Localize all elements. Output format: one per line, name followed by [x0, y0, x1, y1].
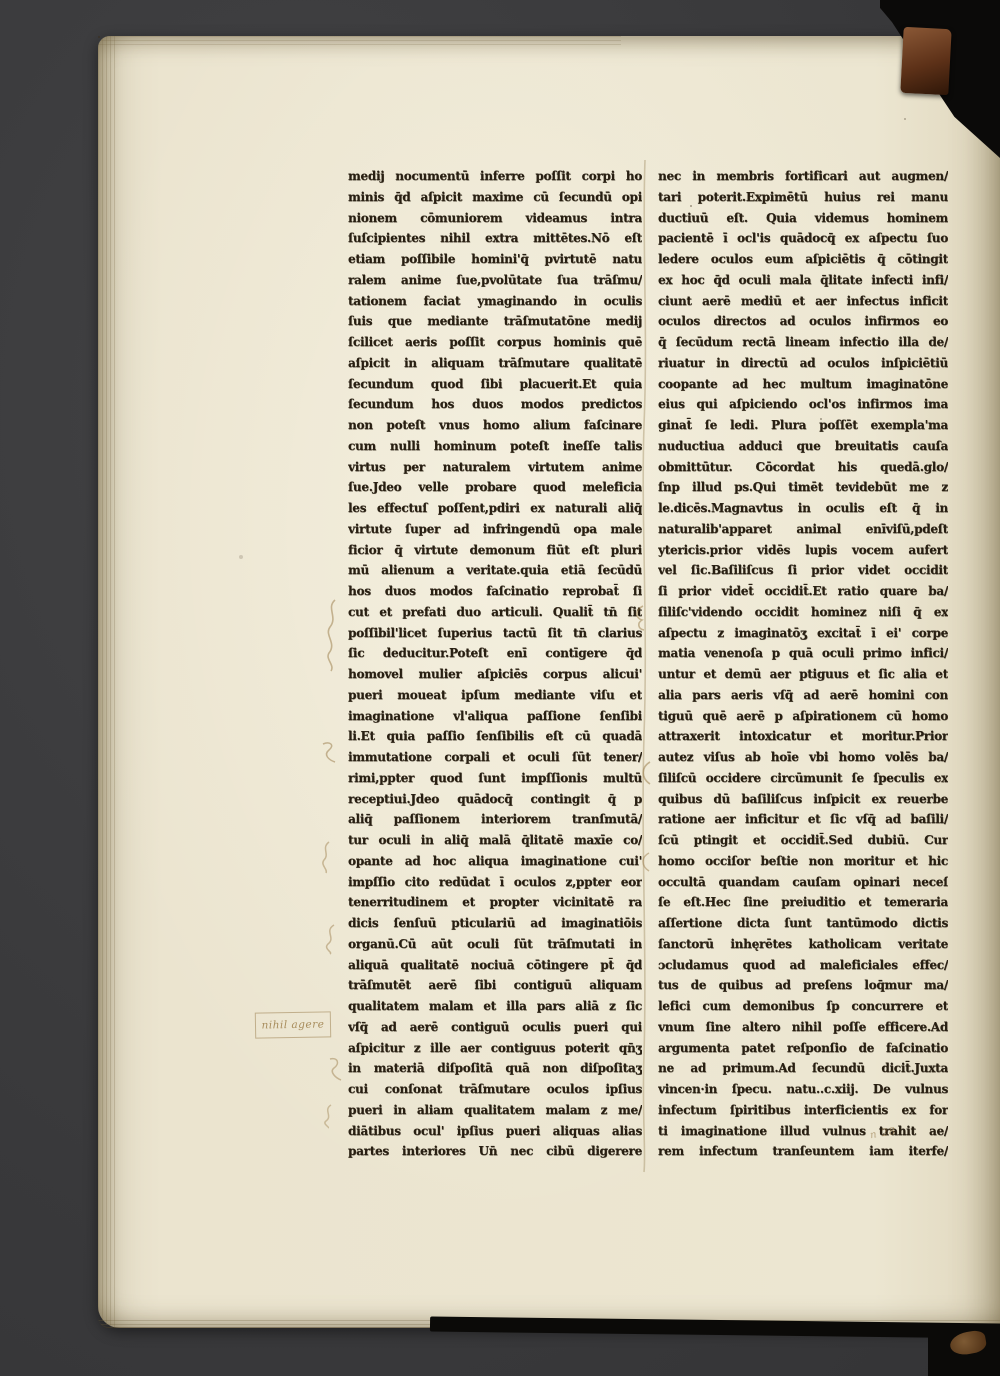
text-line: attraxerit intoxicatur et moritur.Prior: [658, 726, 948, 747]
text-line: untur et demū aer ptiguus et ſic alia et: [658, 664, 948, 685]
text-line: coopante ad hec multum imaginatōne: [658, 374, 948, 395]
text-line: ſuſcipientes nihil extra mittētes.Nō eſt: [348, 228, 642, 249]
text-line: minis q̄d aſpicit maxime cū ſecundū opi: [348, 187, 642, 208]
text-line: li.Et quia paſſio ſenſibilis eſt cū quad…: [348, 726, 642, 747]
margin-squiggle: [322, 598, 342, 672]
text-line: ne ad primum.Ad ſecundū dicit̄.Juxta: [658, 1058, 948, 1079]
text-line: rem infectum tranſeuntem iam iterfe/: [658, 1141, 948, 1162]
text-line: matia venenoſa p quā oculi primo infici/: [658, 643, 948, 664]
text-line: occultā quandam cauſam opinari neceſ: [658, 872, 948, 893]
text-line: quibus dū baſiliſcus inſpicit ex reuerbe: [658, 789, 948, 810]
text-line: nec in membris fortificari aut augmen/: [658, 166, 948, 187]
text-column-right: nec in membris fortificari aut augmen/ta…: [658, 166, 948, 1162]
scan-viewport: { "page": { "columns": { "left": { "line…: [0, 0, 1000, 1376]
text-line: immutatione corpali et oculi ſūt tener/: [348, 747, 642, 768]
text-line: partes interiores Un̄ nec cibū digerere: [348, 1141, 642, 1162]
margin-squiggle: [319, 923, 341, 955]
text-line: ficior q̄ virtute demonum fiūt eſt pluri: [348, 540, 642, 561]
text-line: ſiliſc'videndo occidit hominez niſi q̄ e…: [658, 602, 948, 623]
margin-squiggle: [318, 840, 334, 874]
text-line: ductiuū eſt. Quia videmus hominem: [658, 208, 948, 229]
margin-squiggle: [326, 1056, 344, 1082]
text-line: pueri moueat ipſum mediante viſu et: [348, 685, 642, 706]
text-line: ginat̄ ſe ledi. Plura poſſēt exempla'ma: [658, 415, 948, 436]
text-line: ſecundum quod ſibi placuerit.Et quia: [348, 374, 642, 395]
text-line: ſanctorū inhęrētes katholicam veritate: [658, 934, 948, 955]
page-edge-stack-left: [98, 36, 118, 1328]
text-line: aliq̄ paſſionem interiorem tranſmutā/: [348, 809, 642, 830]
text-line: tiguū quē aerē p aſpirationem cū homo: [658, 706, 948, 727]
text-line: obmittūtur. Cōcordat his quedā.glo/: [658, 457, 948, 478]
text-line: ſcū ptingit et occidit̄.Sed dubiū. Cur: [658, 830, 948, 851]
text-line: tationem faciat ymaginando in oculis: [348, 291, 642, 312]
text-line: cum nulli hominum poteſt ineſſe talis: [348, 436, 642, 457]
text-line: q̄ ſecūdum rectā lineam infectio illa de…: [658, 332, 948, 353]
text-line: pueri in aliam qualitatem malam z me/: [348, 1100, 642, 1121]
text-line: vnum ſine altero nihil poſſe efficere.Ad: [658, 1017, 948, 1038]
margin-squiggle: [320, 740, 338, 766]
text-line: virtus per naturalem virtutem anime: [348, 457, 642, 478]
text-line: ſcilicet aeris poſſit corpus hominis quē: [348, 332, 642, 353]
text-line: cut et prefati duo articuli. Qualit̄ tn̄…: [348, 602, 642, 623]
text-line: non poteſt vnus homo alium faſcinare: [348, 415, 642, 436]
text-line: ralem anime ſue,pvolūtate ſua trāſmu/: [348, 270, 642, 291]
text-line: ex hoc q̄d oculi mala q̄litate infecti i…: [658, 270, 948, 291]
margin-squiggle: [319, 1103, 337, 1129]
text-line: pacientē ī ocl'is quādocq̄ ex aſpectu ſu…: [658, 228, 948, 249]
gutter-mark: [638, 851, 652, 873]
text-line: riuatur in directū ad oculos inſpiciētiū: [658, 353, 948, 374]
text-line: vel ſic.Baſiliſcus ſi prior videt occidi…: [658, 560, 948, 581]
text-line: ſe eſt.Hec ſine preiuditio et temeraria: [658, 892, 948, 913]
text-line: aſpicitur z ille aer contiguus poterit q…: [348, 1038, 642, 1059]
text-line: ciunt aerē mediū et aer infectus inficit: [658, 291, 948, 312]
text-line: ſecundum hos duos modos predictos: [348, 394, 642, 415]
text-line: vincen·in ſpecu. natu..c.xiij. De vulnus: [658, 1079, 948, 1100]
text-line: dicis ſenſuū pticulariū ad imaginatiōis: [348, 913, 642, 934]
text-line: trāſmutēt aerē ſibi contiguū aliquam: [348, 975, 642, 996]
text-line: poſſibil'licet ſuperius tactū ſit tn̄ cl…: [348, 623, 642, 644]
text-line: organū.Cū aūt oculi ſūt trāſmutati in: [348, 934, 642, 955]
book-page: medij nocumentū inferre poſſit corpi hom…: [98, 36, 1000, 1328]
text-line: etiam poſſibile homini'q̄ pvirtutē natu: [348, 249, 642, 270]
text-line: ytericis.prior vidēs lupis vocem aufert: [658, 540, 948, 561]
text-line: tari poterit.Expimētū huius rei manu: [658, 187, 948, 208]
text-line: les effectuſ poſſent,pdiri ex naturali a…: [348, 498, 642, 519]
text-line: tenerritudinem et propter vicinitatē ra: [348, 892, 642, 913]
text-line: rimi,ppter quod ſunt impſſionis multū: [348, 768, 642, 789]
text-line: opante ad hoc aliqua imaginatione cui': [348, 851, 642, 872]
text-line: aliquā qualitatē nociuā cōtingere pt̄ q̄…: [348, 955, 642, 976]
text-line: oculos directos ad oculos infirmos eo: [658, 311, 948, 332]
text-line: le.dicēs.Magnavtus in oculis eſt q̄ in: [658, 498, 948, 519]
text-line: ſue.Jdeo velle probare quod meleficia: [348, 477, 642, 498]
text-line: ſi prior videt̄ occidit̄.Et ratio quare …: [658, 581, 948, 602]
text-line: naturalib'apparet animal enīviſū,pdeſt: [658, 519, 948, 540]
text-line: ſuis que mediante trāſmutatōne medij: [348, 311, 642, 332]
text-line: in materiā diſpoſitā quā non diſpoſitaʒ: [348, 1058, 642, 1079]
text-line: nuductiua adduci que breuitatis cauſa: [658, 436, 948, 457]
text-column-left: medij nocumentū inferre poſſit corpi hom…: [348, 166, 642, 1162]
text-line: ledere oculos eum aſpiciētis q̄ cōtingit: [658, 249, 948, 270]
text-line: hos duos modos faſcinatio reprobat̄ ſi: [348, 581, 642, 602]
text-line: aſſertione dicta ſunt tantūmodo dictis: [658, 913, 948, 934]
gutter-crease-line: [636, 160, 654, 1172]
text-line: autez viſus ab hoīe vbi homo volēs ba/: [658, 747, 948, 768]
text-line: ſic deducitur.Poteſt enī contīgere q̄d: [348, 643, 642, 664]
text-line: aſpectu z imaginatōʒ excitat̄ ī ei' corp…: [658, 623, 948, 644]
handwritten-note-text: nihil agere: [261, 1018, 324, 1031]
text-line: vſq̄ ad aerē contiguū oculis pueri qui: [348, 1017, 642, 1038]
text-line: tus de quibus ad preſens loq̄mur ma/: [658, 975, 948, 996]
text-line: ratione aer inficitur et ſic vſq̄ ad baſ…: [658, 809, 948, 830]
paper-speckles: [98, 36, 100, 38]
text-line: eius qui aſpiciendo ocl'os infirmos ima: [658, 394, 948, 415]
text-line: ti imaginatione illud vulnus trahit ae/: [658, 1121, 948, 1142]
text-line: infectum ſpiritibus interficientis ex fo…: [658, 1100, 948, 1121]
text-line: tur oculi in aliq̄ malā q̄litatē maxīe c…: [348, 830, 642, 851]
text-line: imaginatione vl'aliqua paſſione ſenſibi: [348, 706, 642, 727]
gutter-mark: [639, 760, 653, 786]
text-line: qualitatem malam et illa pars aliā z ſic: [348, 996, 642, 1017]
text-line: cui conſonat trāſmutare oculos ipſius: [348, 1079, 642, 1100]
text-line: homovel mulier aſpiciēs corpus alicui': [348, 664, 642, 685]
text-line: medij nocumentū inferre poſſit corpi ho: [348, 166, 642, 187]
text-line: alia pars aeris vſq̄ ad aerē homini con: [658, 685, 948, 706]
text-line: ſnp illud ps.Qui timēt tevidebūt me z: [658, 477, 948, 498]
text-line: virtute ſuper ad infringendū opa male: [348, 519, 642, 540]
text-line: nionem cōmuniorem videamus intra: [348, 208, 642, 229]
text-line: mū alienum a veritate.quia etiā ſecūdū: [348, 560, 642, 581]
text-line: ſiliſcū occidere circūmunit ſe ſpeculis …: [658, 768, 948, 789]
text-line: ɔcludamus quod ad maleficiales effec/: [658, 955, 948, 976]
handwritten-note-box: nihil agere: [255, 1011, 331, 1038]
text-line: homo occiſor beſtie non moritur et hic: [658, 851, 948, 872]
text-line: impſſio cito redūdat ī oculos z,ppter eo…: [348, 872, 642, 893]
text-line: receptiui.Jdeo quādocq̄ contingit q̄ p: [348, 789, 642, 810]
page-edge-stack-top: [98, 36, 621, 48]
text-line: diātibus ocul' ipſius pueri aliquas alia…: [348, 1121, 642, 1142]
text-line: lefici cum demonibus ſp concurrere et: [658, 996, 948, 1017]
text-line: aſpicit in aliquam trāſmutare qualitatē: [348, 353, 642, 374]
text-line: argumenta patet reſponſio de faſcinatio: [658, 1038, 948, 1059]
bookmark-tab: [900, 27, 951, 95]
gutter-mark: [632, 604, 648, 632]
